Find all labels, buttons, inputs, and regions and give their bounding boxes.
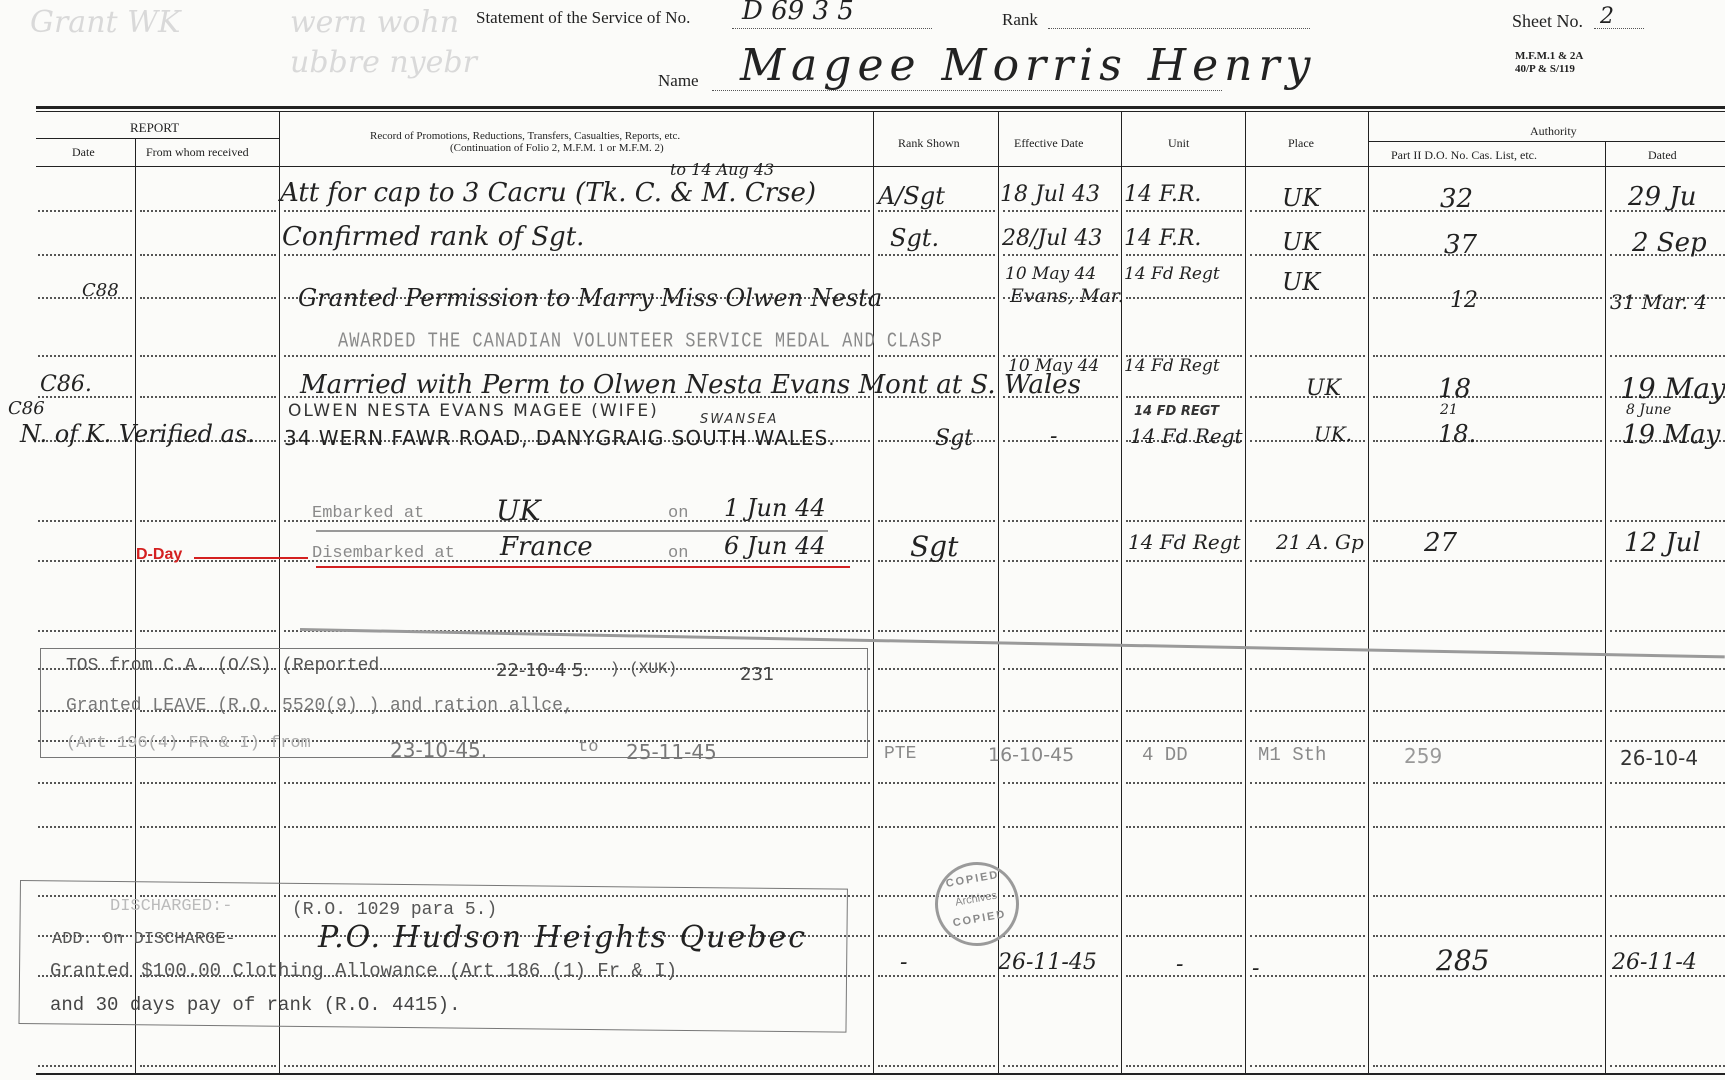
ruled-line (1373, 210, 1602, 212)
part2-number: 18. (1438, 420, 1476, 448)
unit: 14 Fd Regt (1124, 264, 1220, 284)
ruled-line (1003, 782, 1118, 784)
ruled-line (1373, 630, 1602, 632)
ruled-line (1250, 935, 1365, 937)
ruled-line (1250, 826, 1365, 828)
medal-award-stamp: AWARDED THE CANADIAN VOLUNTEER SERVICE M… (338, 330, 943, 354)
ruled-line (878, 254, 995, 256)
ruled-line (878, 520, 995, 522)
unit: 14 Fd Regt (1124, 356, 1220, 376)
unit: - (1176, 952, 1183, 977)
dated: 2 Sep (1632, 228, 1707, 258)
ruled-line (38, 520, 132, 522)
ruled-line (140, 630, 276, 632)
embarked-label: Embarked at (312, 504, 424, 523)
ruled-line (1126, 740, 1242, 742)
bleed-through-text: wern wohn (290, 5, 459, 40)
col-date: Date (72, 145, 95, 160)
ruled-line (1373, 297, 1602, 299)
report-date: C86 (8, 398, 45, 419)
dated-note: 8 June (1626, 402, 1671, 418)
ruled-line (1373, 895, 1602, 897)
ruled-line (1373, 440, 1602, 442)
record-note: SWANSEA (700, 412, 778, 427)
ruled-line (140, 355, 276, 357)
ruled-line (284, 210, 870, 212)
dday-pointer-line (194, 557, 308, 559)
unit: 14 F.R. (1124, 182, 1201, 207)
unit-note: 14 FD REGT (1134, 404, 1219, 419)
leave-from-date: 23-10-45. (390, 738, 487, 762)
ruled-line (1003, 895, 1118, 897)
ruled-line (1610, 630, 1725, 632)
part2-number: 285 (1436, 944, 1489, 977)
ruled-line (1126, 782, 1242, 784)
name-label: Name (658, 71, 699, 91)
place: UK (1306, 376, 1341, 401)
unit: 14 Fd Regt (1128, 530, 1241, 554)
place: UK. (1314, 422, 1352, 446)
col-authority: Authority (1530, 124, 1577, 139)
unit: 4 DD (1142, 744, 1188, 766)
tos-number: 231 (740, 664, 774, 685)
discharge-order-ref: (R.O. 1029 para 5.) (292, 900, 497, 920)
ruled-line (1610, 520, 1725, 522)
disembarked-place: France (500, 532, 593, 562)
leave-to-date: 25-11-45 (626, 740, 717, 764)
ruled-line (1250, 710, 1365, 712)
ruled-line (878, 975, 995, 977)
ruled-line (1610, 782, 1725, 784)
dated: 26-11-4 (1612, 950, 1697, 975)
days-pay: and 30 days pay of rank (R.O. 4415). (50, 994, 460, 1016)
ruled-line (1126, 297, 1242, 299)
effective-date: 10 May 44 (1005, 264, 1096, 284)
ruled-line (1610, 935, 1725, 937)
record-text: Att for cap to 3 Cacru (Tk. C. & M. Crse… (280, 178, 816, 208)
ruled-line (1250, 630, 1365, 632)
rank-shown: A/Sgt (878, 182, 945, 210)
ruled-line (1003, 440, 1118, 442)
effective-date-extra: Evans, Mar. (1010, 285, 1124, 307)
dday-underline (316, 566, 850, 568)
ruled-line (1126, 895, 1242, 897)
ruled-line (1373, 355, 1602, 357)
on-label: on (668, 504, 688, 523)
dated: 19 May (1620, 372, 1725, 405)
ruled-line (1610, 355, 1725, 357)
ruled-line (1373, 560, 1602, 562)
ruled-line (878, 740, 995, 742)
ruled-line (1373, 710, 1602, 712)
col-record: Record of Promotions, Reductions, Transf… (370, 130, 680, 142)
discharge-address: P.O. Hudson Heights Quebec (318, 920, 807, 955)
ruled-line (1250, 782, 1365, 784)
sheet-number: 2 (1600, 4, 1614, 29)
ruled-line (140, 520, 276, 522)
ruled-line (38, 1065, 132, 1067)
leave-to-label: to (578, 738, 598, 757)
ruled-line (1126, 520, 1242, 522)
ruled-line (1250, 560, 1365, 562)
ruled-line (1126, 668, 1242, 670)
ruled-line (1003, 668, 1118, 670)
statement-label: Statement of the Service of No. (476, 8, 690, 28)
ruled-line (1003, 975, 1118, 977)
place: - (1252, 956, 1259, 981)
ruled-line (1126, 210, 1242, 212)
ruled-line (878, 297, 995, 299)
ruled-line (140, 1065, 276, 1067)
place: UK (1282, 268, 1320, 296)
ruled-line (38, 630, 132, 632)
effective-date: 28/Jul 43 (1002, 226, 1102, 251)
soldier-name: Magee Morris Henry (740, 40, 1316, 91)
part2-number: 12 (1450, 288, 1478, 313)
ruled-line (878, 826, 995, 828)
ruled-line (1373, 254, 1602, 256)
ruled-line (140, 396, 276, 398)
tos-line-1-end: ) (XUK) (610, 660, 677, 678)
bleed-through-text: Grant WK (30, 5, 180, 40)
dday-annotation: D-Day (136, 546, 182, 564)
ruled-line (1126, 396, 1242, 398)
sheet-label: Sheet No. (1512, 11, 1583, 32)
ruled-line (1003, 935, 1118, 937)
ruled-line (140, 826, 276, 828)
col-dated: Dated (1648, 148, 1677, 163)
dated: 19 May (1622, 420, 1720, 450)
add-on-discharge-label: ADD. On DISCHARGE- (52, 930, 236, 949)
dated: 26-10-4 (1620, 746, 1698, 770)
tos-line-1: TOS from C.A. (O/S) (Reported (66, 656, 379, 676)
ruled-line (1003, 826, 1118, 828)
disembarked-date: 6 Jun 44 (724, 532, 826, 560)
dated: 31 Mar. 4 (1610, 290, 1707, 314)
ruled-line (1250, 297, 1365, 299)
ruled-line (1610, 975, 1725, 977)
ruled-line (1373, 740, 1602, 742)
ruled-line (1610, 895, 1725, 897)
rank-shown: Sgt. (890, 224, 939, 252)
ruled-line (1003, 630, 1118, 632)
ruled-line (878, 668, 995, 670)
form-code-secondary: 40/P & S/119 (1515, 63, 1575, 75)
ruled-line (1250, 520, 1365, 522)
ruled-line (878, 630, 995, 632)
ruled-line (1610, 826, 1725, 828)
ruled-line (1610, 668, 1725, 670)
place: UK (1282, 228, 1320, 256)
ruled-line (1373, 668, 1602, 670)
ruled-line (1610, 560, 1725, 562)
ruled-line (38, 560, 132, 562)
ruled-line (1003, 560, 1118, 562)
col-rank-shown: Rank Shown (898, 136, 960, 151)
ruled-line (1003, 520, 1118, 522)
dated: 29 Ju (1628, 182, 1697, 212)
ruled-line (1610, 740, 1725, 742)
wife-name: OLWEN NESTA EVANS MAGEE (WIFE) (288, 401, 659, 421)
ruled-line (140, 210, 276, 212)
ruled-line (1373, 782, 1602, 784)
next-of-kin-address: 34 WERN FAWR ROAD, DANYGRAIG SOUTH WALES… (284, 426, 836, 450)
ruled-line (1373, 1065, 1602, 1067)
rank-shown: Sgt (910, 530, 958, 563)
ruled-line (1126, 1065, 1242, 1067)
ruled-line (1003, 1065, 1118, 1067)
place: 21 A. Gp (1276, 530, 1364, 554)
rank-shown: - (900, 950, 907, 975)
part2-number: 32 (1440, 184, 1473, 214)
ruled-line (1373, 396, 1602, 398)
ruled-line (1373, 826, 1602, 828)
ruled-line (1126, 975, 1242, 977)
dated: 12 Jul (1624, 528, 1701, 558)
ruled-line (878, 782, 995, 784)
form-code: M.F.M.1 & 2A (1515, 50, 1583, 62)
effective-date: 10 May 44 (1008, 356, 1099, 376)
ruled-line (1003, 210, 1118, 212)
on-label: on (668, 544, 688, 563)
ruled-line (1126, 935, 1242, 937)
part2-note: 21 (1440, 402, 1458, 418)
report-date: C86. (40, 372, 92, 397)
ruled-line (878, 355, 995, 357)
ruled-line (878, 1065, 995, 1067)
rank-label: Rank (1002, 10, 1038, 30)
leave-article: (Art 196(4) FR & I) from (66, 734, 311, 753)
ruled-line (140, 782, 276, 784)
rank-shown: Sgt (935, 426, 973, 451)
ruled-line (284, 1065, 870, 1067)
ruled-line (1250, 1065, 1365, 1067)
ruled-line (1610, 710, 1725, 712)
col-report: REPORT (130, 120, 179, 136)
ruled-line (1373, 520, 1602, 522)
col-place: Place (1288, 136, 1314, 151)
ruled-line (284, 254, 870, 256)
ruled-line (284, 782, 870, 784)
ruled-line (38, 210, 132, 212)
rank-shown: PTE (884, 744, 916, 764)
report-from-whom: N. of K. Verified as. (20, 420, 255, 448)
record-text: Married with Perm to Olwen Nesta Evans M… (300, 370, 1081, 400)
part2-number: 18 (1438, 374, 1471, 404)
bleed-through-text: ubbre nyebr (290, 45, 477, 80)
discharged-label: DISCHARGED:- (110, 897, 232, 916)
part2-number: 37 (1444, 230, 1477, 260)
ruled-line (140, 297, 276, 299)
ruled-line (1126, 630, 1242, 632)
ruled-line (38, 254, 132, 256)
ruled-line (1250, 895, 1365, 897)
ruled-line (1250, 668, 1365, 670)
ruled-line (38, 355, 132, 357)
effective-date: 18 Jul 43 (1000, 182, 1100, 207)
ruled-line (878, 710, 995, 712)
disembarked-label: Disembarked at (312, 544, 455, 563)
embarked-date: 1 Jun 44 (724, 494, 826, 522)
ruled-line (38, 826, 132, 828)
record-text: Confirmed rank of Sgt. (282, 222, 584, 252)
ruled-line (1610, 1065, 1725, 1067)
col-record-sub: (Continuation of Folio 2, M.F.M. 1 or M.… (450, 142, 664, 154)
service-number: D 69 3 5 (742, 0, 854, 26)
ruled-line (1250, 975, 1365, 977)
col-effective-date: Effective Date (1014, 136, 1083, 151)
tos-reported-date: 22-10-4 5. (496, 660, 589, 681)
ruled-line (38, 782, 132, 784)
record-note: to 14 Aug 43 (670, 160, 774, 179)
ruled-line (1250, 355, 1365, 357)
part2-number: 259 (1404, 744, 1442, 768)
ruled-line (1126, 826, 1242, 828)
unit: 14 F.R. (1124, 226, 1201, 251)
embarked-place: UK (496, 494, 541, 527)
ruled-line (284, 826, 870, 828)
effective-date: 16-10-45 (988, 744, 1074, 766)
ruled-line (1003, 254, 1118, 256)
place: M1 Sth (1258, 744, 1326, 766)
clothing-allowance: Granted $100.00 Clothing Allowance (Art … (50, 960, 677, 982)
part2-number: 27 (1424, 528, 1457, 558)
ruled-line (1003, 710, 1118, 712)
ruled-line (284, 355, 870, 357)
report-date: C88 (82, 280, 119, 301)
ruled-line (1126, 254, 1242, 256)
place: UK (1282, 184, 1320, 212)
ruled-line (140, 254, 276, 256)
ruled-line (1373, 935, 1602, 937)
archives-copied-stamp: COPIED Archives COPIED (928, 855, 1025, 952)
col-unit: Unit (1168, 136, 1189, 151)
col-from-whom: From whom received (146, 145, 249, 160)
effective-date: 26-11-45 (998, 950, 1097, 975)
stamp-text-bottom: COPIED (940, 906, 1019, 931)
unit: 14 Fd Regt (1130, 424, 1243, 448)
record-text: Granted Permission to Marry Miss Olwen N… (298, 284, 882, 312)
ruled-line (1003, 740, 1118, 742)
ruled-line (1250, 740, 1365, 742)
ruled-line (1126, 560, 1242, 562)
ruled-line (1126, 710, 1242, 712)
leave-line: Granted LEAVE (R.O. 5520(9) ) and ration… (66, 696, 574, 716)
col-part2: Part II D.O. No. Cas. List, etc. (1391, 148, 1537, 163)
effective-date: - (1050, 424, 1057, 449)
ruled-line (878, 210, 995, 212)
